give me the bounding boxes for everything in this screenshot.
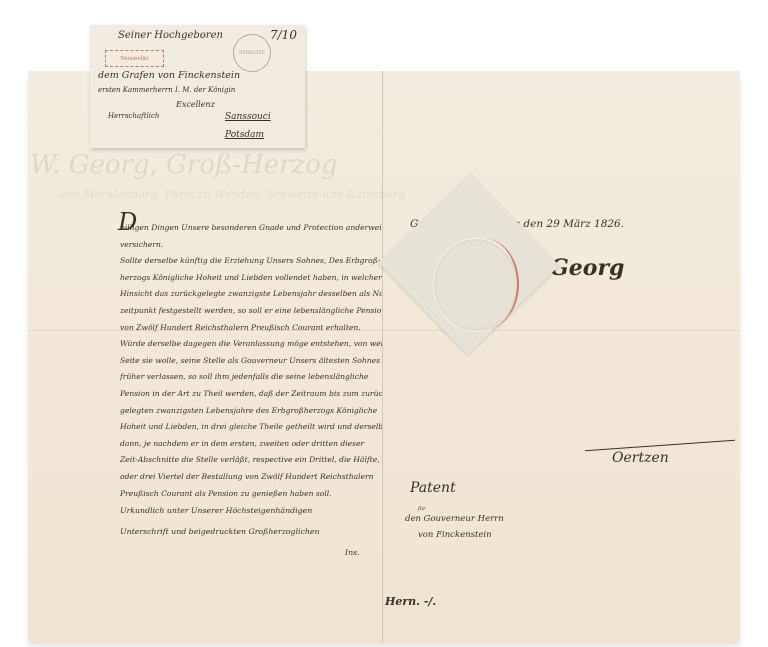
body-line: dann, je nachdem er in dem ersten, zweit… bbox=[120, 436, 382, 453]
body-line: Sollte derselbe künftig die Erziehung Un… bbox=[120, 253, 382, 270]
envelope-destination-1: Sanssouci bbox=[225, 112, 271, 122]
endorsement-line-2: den Gouverneur Herrn bbox=[405, 514, 504, 524]
closing-line: Ins. bbox=[120, 542, 390, 563]
envelope-left-note: Herrschaftlich bbox=[108, 112, 159, 120]
body-line: versichern. bbox=[120, 237, 382, 254]
postage-note: 7/10 bbox=[270, 28, 297, 42]
body-line: herzogs Königliche Hoheit und Liebden vo… bbox=[120, 270, 382, 287]
body-line: Hinsicht das zurückgelegte zwanzigste Le… bbox=[120, 286, 382, 303]
body-line: Würde derselbe dagegen die Veranlassung … bbox=[120, 336, 382, 353]
envelope-address-line-4: Excellenz bbox=[176, 100, 215, 109]
red-origin-stamp: Neustrelitz bbox=[105, 50, 164, 67]
body-line: früher verlassen, so soll ihm jedenfalls… bbox=[120, 369, 382, 386]
envelope-address-line-1: Seiner Hochgeboren bbox=[118, 30, 223, 41]
letter-closing: Urkundlich unter Unserer Höchsteigenhänd… bbox=[120, 500, 390, 563]
envelope-address-line-3: ersten Kammerherrn I. M. der Königin bbox=[98, 86, 235, 94]
closing-line: Unterschrift und beigedruckten Großherzo… bbox=[120, 521, 390, 542]
body-line: zeitpunkt festgestellt werden, so soll e… bbox=[120, 303, 382, 320]
sovereign-signature: Georg bbox=[550, 255, 624, 281]
endorsement-title: Patent bbox=[410, 480, 456, 496]
registry-mark: Hern. -/. bbox=[385, 595, 436, 608]
body-line: billigen Dingen Unsere besonderen Gnade … bbox=[120, 220, 382, 237]
body-line: von Zwölf Hundert Reichsthalern Preußisc… bbox=[120, 320, 382, 337]
envelope-address-line-2: dem Grafen von Finckenstein bbox=[98, 70, 240, 81]
envelope-destination-2: Potsdam bbox=[225, 130, 264, 140]
bleed-through-subheading: von Mecklenburg, Fürst zu Wenden, Schwer… bbox=[60, 188, 405, 201]
body-line: Pension in der Art zu Theil werden, daß … bbox=[120, 386, 382, 403]
red-wax-trace bbox=[448, 238, 519, 330]
endorsement-line-3: von Finckenstein bbox=[418, 530, 492, 540]
postmark-circle: STRELITZ bbox=[233, 34, 271, 72]
body-line: Zeit-Abschnitte die Stelle verläßt, resp… bbox=[120, 452, 382, 469]
letter-body: billigen Dingen Unsere besonderen Gnade … bbox=[120, 220, 382, 502]
body-line: gelegten zwanzigsten Lebensjahre des Erb… bbox=[120, 403, 382, 420]
body-line: oder drei Viertel der Bestallung von Zwö… bbox=[120, 469, 382, 486]
countersignature: Oertzen bbox=[612, 450, 669, 466]
body-line: Seite sie wolle, seine Stelle als Gouver… bbox=[120, 353, 382, 370]
bleed-through-heading: W. Georg, Groß-Herzog bbox=[30, 150, 380, 210]
endorsement-line-1: für bbox=[418, 506, 425, 512]
closing-line: Urkundlich unter Unserer Höchsteigenhänd… bbox=[120, 500, 390, 521]
body-line: Hoheit und Liebden, in drei gleiche Thei… bbox=[120, 419, 382, 436]
